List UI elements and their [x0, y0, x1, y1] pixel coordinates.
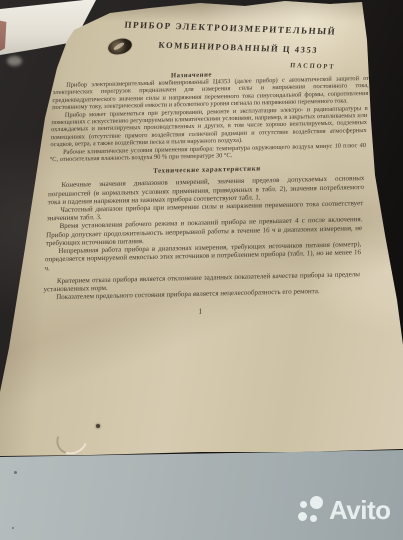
strip-speck — [12, 527, 14, 529]
strip-speck — [14, 471, 17, 474]
avito-logo-icon — [310, 515, 317, 522]
title-line-2: КОМБИНИРОВАННЫЙ Ц 4353 — [81, 37, 397, 58]
avito-watermark-text: Avito — [329, 497, 391, 523]
document-title: ПРИБОР ЭЛЕКТРОИЗМЕРИТЕЛЬНЫЙ КОМБИНИРОВАН… — [52, 17, 371, 72]
avito-logo-icon — [310, 496, 323, 509]
document-text-block: ПРИБОР ЭЛЕКТРОИЗМЕРИТЕЛЬНЫЙ КОМБИНИРОВАН… — [42, 19, 372, 320]
paper-stain-dot — [96, 424, 100, 428]
avito-logo-icon — [298, 512, 307, 521]
paper-crease-ring — [52, 421, 93, 460]
avito-watermark: Avito — [296, 496, 400, 532]
background-scuff-mark — [7, 56, 22, 66]
title-line-1: ПРИБОР ЭЛЕКТРОИЗМЕРИТЕЛЬНЫЙ — [56, 17, 372, 38]
listing-photo: ПРИБОР ЭЛЕКТРОИЗМЕРИТЕЛЬНЫЙ КОМБИНИРОВАН… — [0, 0, 403, 540]
avito-logo-icon — [300, 501, 307, 508]
page-number: 1 — [42, 304, 358, 320]
